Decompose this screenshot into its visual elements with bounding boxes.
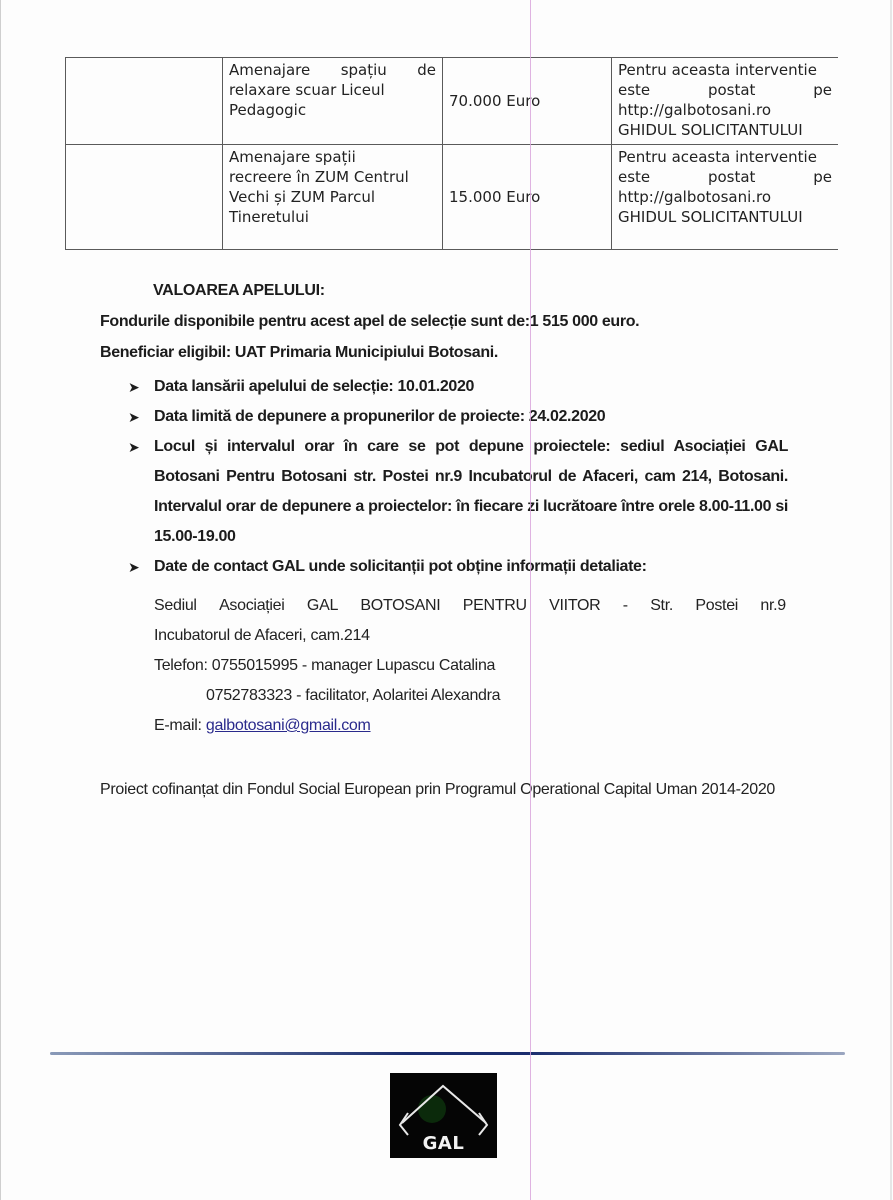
table-cell-empty (66, 145, 223, 250)
arrow-bullet-icon: ➤ (128, 372, 139, 402)
funding-table: Amenajarespațiude relaxare scuar Liceul … (65, 57, 838, 250)
activity-text: Pedagogic (229, 100, 436, 120)
bullet-item: ➤ Data limită de depunere a propunerilor… (128, 402, 788, 432)
address-word: GAL (307, 591, 338, 621)
email-label: E-mail: (154, 717, 202, 734)
info-text: estepostatpe (618, 80, 832, 100)
bullet-text: Date de contact GAL unde solicitanții po… (154, 552, 788, 582)
section-title: VALOAREA APELULUI: (153, 282, 325, 300)
bullet-list: ➤ Data lansării apelului de selecție: 10… (128, 372, 788, 582)
address-word: BOTOSANI (360, 591, 440, 621)
info-text: GHIDUL SOLICITANTULUI (618, 120, 832, 140)
activity-text: relaxare scuar Liceul (229, 80, 436, 100)
info-cell: Pentru aceasta interventie estepostatpe … (612, 145, 839, 250)
info-text: Pentru aceasta interventie (618, 60, 832, 80)
table-cell-empty (66, 58, 223, 145)
phone-row: Telefon: 0755015995 - manager Lupascu Ca… (154, 651, 786, 681)
address-word: - (623, 591, 628, 621)
activity-word: de (417, 60, 436, 80)
scan-artifact-line (530, 0, 531, 1200)
address-word: PENTRU (463, 591, 527, 621)
activity-word: Amenajare (229, 60, 310, 80)
activity-text: Amenajare spații (229, 147, 436, 167)
phone-number: 0752783323 - facilitator, Aolaritei Alex… (206, 687, 500, 704)
info-link-text: http://galbotosani.ro (618, 187, 832, 207)
bullet-text: Locul și intervalul orar în care se pot … (154, 432, 788, 552)
activity-text: Tineretului (229, 207, 436, 227)
footer-divider (50, 1052, 845, 1055)
phone-label: Telefon: (154, 657, 208, 674)
gal-logo-icon: GAL (390, 1073, 497, 1158)
activity-cell: Amenajare spații recreere în ZUM Centrul… (223, 145, 443, 250)
info-word: este (618, 80, 650, 100)
table-row: Amenajare spații recreere în ZUM Centrul… (66, 145, 839, 250)
arrow-bullet-icon: ➤ (128, 432, 139, 462)
activity-text: recreere în ZUM Centrul (229, 167, 436, 187)
info-text: estepostatpe (618, 167, 832, 187)
logo-text: GAL (390, 1133, 497, 1154)
address-word: Asociației (219, 591, 284, 621)
phone-number: 0755015995 - manager Lupascu Catalina (212, 657, 495, 674)
address-word: Sediul (154, 591, 197, 621)
email-link[interactable]: galbotosani@gmail.com (206, 717, 371, 734)
activity-text: Vechi și ZUM Parcul (229, 187, 436, 207)
arrow-bullet-icon: ➤ (128, 402, 139, 432)
bullet-text: Data limită de depunere a propunerilor d… (154, 402, 788, 432)
bullet-item: ➤ Data lansării apelului de selecție: 10… (128, 372, 788, 402)
bullet-item: ➤ Locul și intervalul orar în care se po… (128, 432, 788, 552)
address-line: Incubatorul de Afaceri, cam.214 (154, 621, 786, 651)
email-row: E-mail: galbotosani@gmail.com (154, 711, 786, 741)
info-text: Pentru aceasta interventie (618, 147, 832, 167)
value-cell: 15.000 Euro (443, 145, 612, 250)
phone-row: 0752783323 - facilitator, Aolaritei Alex… (154, 681, 786, 711)
info-word: postat (708, 80, 755, 100)
activity-word: spațiu (341, 60, 387, 80)
bullet-text: Data lansării apelului de selecție: 10.0… (154, 372, 788, 402)
value-cell: 70.000 Euro (443, 58, 612, 145)
info-word: este (618, 167, 650, 187)
address-word: VIITOR (549, 591, 600, 621)
bullet-item: ➤ Date de contact GAL unde solicitanții … (128, 552, 788, 582)
address-line: SediulAsociațieiGALBOTOSANIPENTRUVIITOR-… (154, 591, 786, 621)
funds-text: Fondurile disponibile pentru acest apel … (100, 313, 639, 331)
activity-line: Amenajarespațiude (229, 60, 436, 80)
info-link-text: http://galbotosani.ro (618, 100, 832, 120)
info-word: postat (708, 167, 755, 187)
table-row: Amenajarespațiude relaxare scuar Liceul … (66, 58, 839, 145)
info-cell: Pentru aceasta interventie estepostatpe … (612, 58, 839, 145)
page-edge (890, 0, 892, 1200)
page-edge (0, 0, 1, 1200)
info-word: pe (813, 167, 832, 187)
address-word: Postei (695, 591, 738, 621)
beneficiary-text: Beneficiar eligibil: UAT Primaria Munici… (100, 344, 498, 362)
footnote: Proiect cofinanțat din Fondul Social Eur… (100, 780, 800, 800)
contact-block: SediulAsociațieiGALBOTOSANIPENTRUVIITOR-… (154, 591, 786, 741)
activity-cell: Amenajarespațiude relaxare scuar Liceul … (223, 58, 443, 145)
arrow-bullet-icon: ➤ (128, 552, 139, 582)
info-text: GHIDUL SOLICITANTULUI (618, 207, 832, 227)
address-word: nr.9 (760, 591, 786, 621)
address-word: Str. (650, 591, 673, 621)
info-word: pe (813, 80, 832, 100)
